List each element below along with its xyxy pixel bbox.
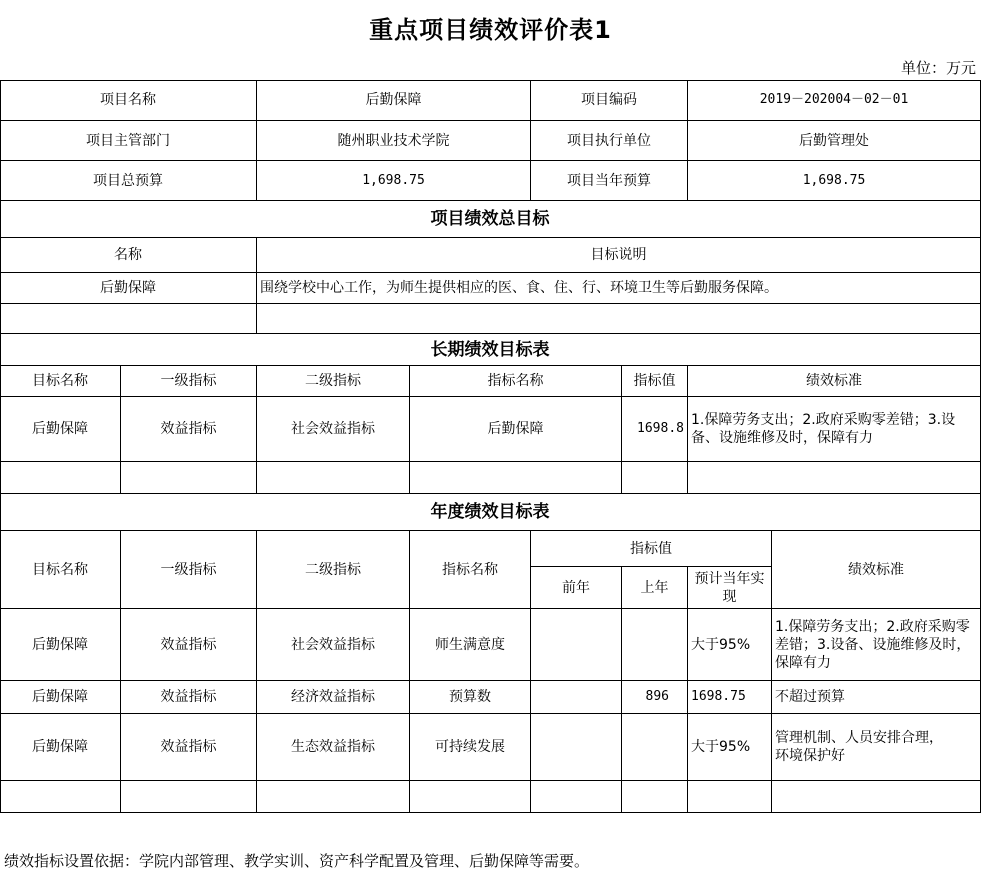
- an-header-level1: 一级指标: [121, 531, 257, 609]
- lt-row-standard: 1.保障劳务支出；2.政府采购零差错；3.设备、设施维修及时，保障有力: [688, 397, 981, 462]
- total-budget-value: 1,698.75: [257, 161, 531, 201]
- lt-empty-indicator: [410, 462, 622, 494]
- lt-empty-value: [622, 462, 688, 494]
- an-empty-indicator: [410, 781, 531, 813]
- an-row1-level2: 社会效益指标: [257, 609, 410, 681]
- dept-value: 随州职业技术学院: [257, 121, 531, 161]
- project-code-label: 项目编码: [531, 80, 688, 121]
- long-term-title: 长期绩效目标表: [0, 334, 981, 366]
- page-title: 重点项目绩效评价表1: [0, 10, 981, 45]
- an-row1-prev2: [531, 609, 622, 681]
- overall-goal-name-empty: [0, 304, 257, 334]
- lt-header-indicator: 指标名称: [410, 366, 622, 397]
- lt-empty-goal: [0, 462, 121, 494]
- overall-goal-col-name: 名称: [0, 238, 257, 273]
- overall-goal-title: 项目绩效总目标: [0, 201, 981, 238]
- project-name-value: 后勤保障: [257, 80, 531, 121]
- lt-row-level2: 社会效益指标: [257, 397, 410, 462]
- an-row3-goal: 后勤保障: [0, 714, 121, 781]
- an-row1-expected: 大于95%: [688, 609, 772, 681]
- an-header-goal: 目标名称: [0, 531, 121, 609]
- an-header-prev1: 上年: [622, 567, 688, 609]
- an-row1-goal: 后勤保障: [0, 609, 121, 681]
- overall-goal-desc-empty: [257, 304, 981, 334]
- an-row2-expected: 1698.75: [688, 681, 772, 714]
- an-row2-standard: 不超过预算: [772, 681, 981, 714]
- an-header-level2: 二级指标: [257, 531, 410, 609]
- lt-empty-level2: [257, 462, 410, 494]
- an-empty-level1: [121, 781, 257, 813]
- unit-label: 单位：万元: [901, 57, 976, 78]
- project-code-value: 2019－202004－02－01: [688, 80, 981, 121]
- total-budget-label: 项目总预算: [0, 161, 257, 201]
- overall-goal-name: 后勤保障: [0, 273, 257, 304]
- an-header-value-group: 指标值: [531, 531, 772, 567]
- an-header-indicator: 指标名称: [410, 531, 531, 609]
- an-empty-standard: [772, 781, 981, 813]
- an-row3-prev1: [622, 714, 688, 781]
- lt-row-goal: 后勤保障: [0, 397, 121, 462]
- lt-empty-standard: [688, 462, 981, 494]
- lt-empty-level1: [121, 462, 257, 494]
- an-empty-goal: [0, 781, 121, 813]
- an-row3-expected: 大于95%: [688, 714, 772, 781]
- an-row2-level2: 经济效益指标: [257, 681, 410, 714]
- overall-goal-desc: 围绕学校中心工作，为师生提供相应的医、食、住、行、环境卫生等后勤服务保障。: [257, 273, 981, 304]
- an-row3-indicator: 可持续发展: [410, 714, 531, 781]
- an-row3-standard: 管理机制、人员安排合理， 环境保护好: [772, 714, 981, 781]
- an-header-standard: 绩效标准: [772, 531, 981, 609]
- an-empty-prev1: [622, 781, 688, 813]
- annual-title: 年度绩效目标表: [0, 494, 981, 531]
- overall-goal-col-desc: 目标说明: [257, 238, 981, 273]
- project-name-label: 项目名称: [0, 80, 257, 121]
- lt-row-indicator: 后勤保障: [410, 397, 622, 462]
- lt-header-level2: 二级指标: [257, 366, 410, 397]
- an-row1-indicator: 师生满意度: [410, 609, 531, 681]
- lt-header-value: 指标值: [622, 366, 688, 397]
- an-empty-prev2: [531, 781, 622, 813]
- dept-label: 项目主管部门: [0, 121, 257, 161]
- an-row2-goal: 后勤保障: [0, 681, 121, 714]
- an-row2-prev2: [531, 681, 622, 714]
- lt-row-value: 1698.8: [622, 397, 688, 462]
- lt-row-level1: 效益指标: [121, 397, 257, 462]
- exec-unit-label: 项目执行单位: [531, 121, 688, 161]
- year-budget-label: 项目当年预算: [531, 161, 688, 201]
- an-empty-level2: [257, 781, 410, 813]
- an-empty-expected: [688, 781, 772, 813]
- an-row3-level1: 效益指标: [121, 714, 257, 781]
- an-row2-indicator: 预算数: [410, 681, 531, 714]
- an-row3-prev2: [531, 714, 622, 781]
- exec-unit-value: 后勤管理处: [688, 121, 981, 161]
- an-row1-level1: 效益指标: [121, 609, 257, 681]
- an-row1-standard: 1.保障劳务支出；2.政府采购零差错；3.设备、设施维修及时，保障有力: [772, 609, 981, 681]
- year-budget-value: 1,698.75: [688, 161, 981, 201]
- an-row2-prev1: 896: [622, 681, 688, 714]
- lt-header-standard: 绩效标准: [688, 366, 981, 397]
- an-header-expected: 预计当年实现: [688, 567, 772, 609]
- lt-header-level1: 一级指标: [121, 366, 257, 397]
- footer-note: 绩效指标设置依据：学院内部管理、教学实训、资产科学配置及管理、后勤保障等需要。: [4, 850, 589, 871]
- an-row1-prev1: [622, 609, 688, 681]
- an-header-prev2: 前年: [531, 567, 622, 609]
- lt-header-goal: 目标名称: [0, 366, 121, 397]
- an-row2-level1: 效益指标: [121, 681, 257, 714]
- an-row3-level2: 生态效益指标: [257, 714, 410, 781]
